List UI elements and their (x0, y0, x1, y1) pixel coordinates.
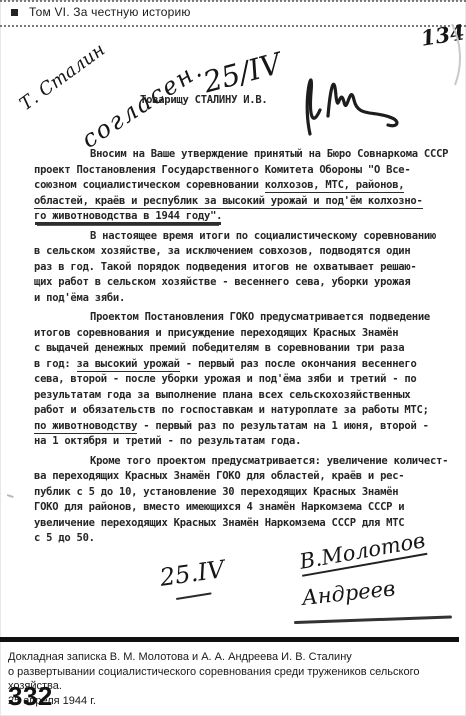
document-paragraph: Кроме того проектом предусматривается: у… (34, 454, 450, 547)
scan-margin-artifact (7, 494, 14, 498)
document-line: на 1 октября и третий - по результатам г… (34, 434, 450, 450)
document-line: итогов соревнования и присуждение перехо… (34, 326, 450, 342)
document-line: в год: за высокий урожай - первый раз по… (34, 357, 450, 373)
scan-edge-artifact (449, 24, 465, 86)
document-line: с выдачей денежных премий победителям в … (34, 341, 450, 357)
document-paragraph: Вносим на Ваше утверждение принятый на Б… (34, 147, 450, 225)
caption-divider-bar (0, 637, 459, 642)
document-line: по животноводству - первый раз по резуль… (34, 419, 450, 435)
signature-flourish-icon (298, 52, 416, 152)
document-line: раз в год. Такой порядок подведения итог… (34, 260, 450, 276)
andreev-signature: Андреев (301, 576, 397, 610)
document-line: щих работ в сельском хозяйстве - весенне… (34, 275, 450, 291)
book-header-title: Том VI. За честную историю (29, 5, 191, 19)
caption-line-3: 25 апреля 1944 г. (8, 694, 460, 709)
book-header-bar: Том VI. За честную историю (0, 0, 466, 27)
document-body: Вносим на Ваше утверждение принятый на Б… (34, 147, 450, 551)
signature-underline-flourish (294, 615, 452, 624)
document-line: результатам года за выполнение плана все… (34, 388, 450, 404)
document-paragraph: Проектом Постановления ГОКО предусматрив… (34, 310, 450, 450)
scanned-book-page: Том VI. За честную историю 134 Т. Сталин… (0, 0, 466, 716)
handwritten-date: 25.IV (158, 555, 226, 592)
date-underline-stroke (176, 592, 212, 600)
document-line: сева, второй - после уборки урожая и под… (34, 372, 450, 388)
square-bullet-icon (11, 9, 18, 16)
document-line: публик с 5 до 10, установление 30 перехо… (34, 485, 450, 501)
document-line: Кроме того проектом предусматривается: у… (34, 454, 450, 470)
document-line: ГОКО для районов, вместо имеющихся 4 зна… (34, 500, 450, 516)
document-line: ва переходящих Красных Знамён ГОКО для о… (34, 469, 450, 485)
document-line: увеличение переходящих Красных Знамён На… (34, 516, 450, 532)
addressee-line: Товарищу СТАЛИНУ И.В. (140, 94, 268, 106)
document-line: В настоящее время итоги по социалистичес… (34, 229, 450, 245)
document-paragraph: В настоящее время итоги по социалистичес… (34, 229, 450, 307)
document-line: работ и обязательств по госпоставкам и н… (34, 403, 450, 419)
handwritten-resolution-name: Т. Сталин (16, 39, 109, 115)
document-line: го животноводства в 1944 году". (34, 209, 450, 225)
document-line: проект Постановления Государственного Ко… (34, 163, 450, 179)
caption-line-2: о развертывании социалистического соревн… (8, 665, 460, 694)
caption-line-1: Докладная записка В. М. Молотова и А. А.… (8, 650, 460, 665)
document-line: Проектом Постановления ГОКО предусматрив… (34, 310, 450, 326)
document-line: союзном социалистическом соревновании ко… (34, 178, 450, 194)
handwritten-resolution-date: 25/IV (200, 46, 285, 99)
document-line: в сельском хозяйстве, за исключением сов… (34, 244, 450, 260)
book-page-number: 332 (8, 681, 53, 712)
document-line: Вносим на Ваше утверждение принятый на Б… (34, 147, 450, 163)
document-line: и под'ёма зяби. (34, 291, 450, 307)
photo-caption: Докладная записка В. М. Молотова и А. А.… (8, 650, 460, 708)
document-line: областей, краёв и республик за высокий у… (34, 194, 450, 210)
